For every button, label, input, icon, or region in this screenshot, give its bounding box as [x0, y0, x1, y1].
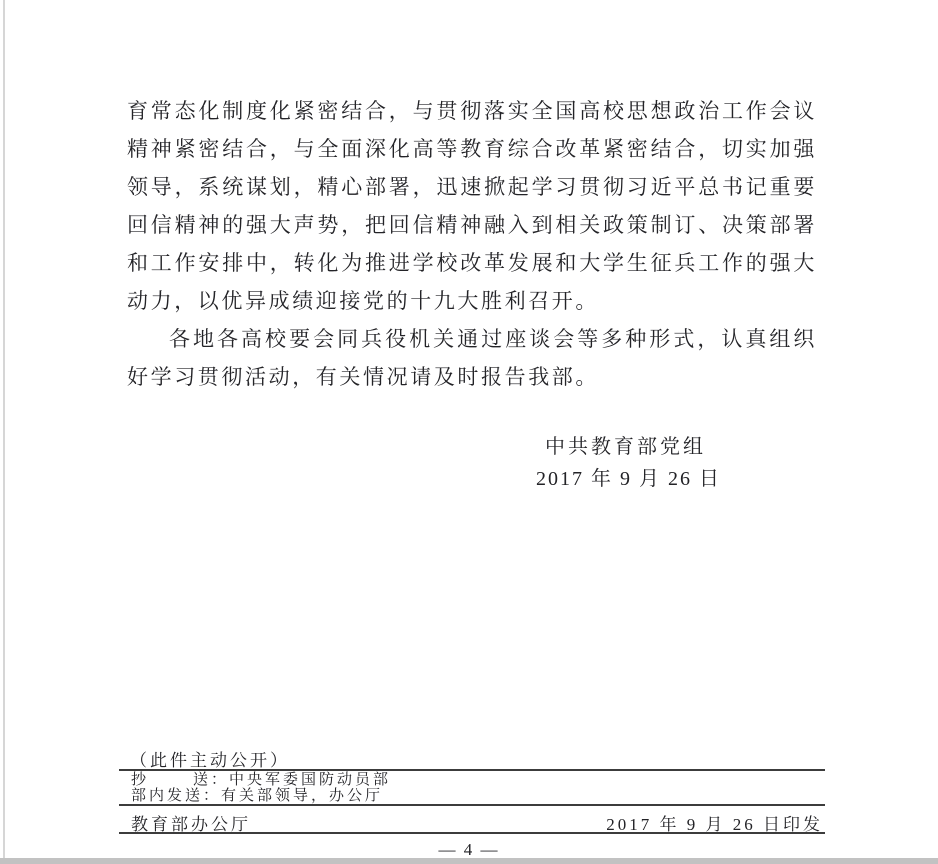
page-number: — 4 — [0, 840, 938, 860]
body-paragraph-continued: 育常态化制度化紧密结合，与贯彻落实全国高校思想政治工作会议精神紧密结合，与全面深… [127, 92, 817, 320]
body-paragraph: 各地各高校要会同兵役机关通过座谈会等多种形式，认真组织好学习贯彻活动，有关情况请… [127, 320, 817, 396]
internal-distribution-line: 部内发送：有关部领导，办公厅 [131, 788, 391, 804]
signature-organization: 中共教育部党组 [545, 430, 706, 459]
cc-label-first: 抄 [131, 772, 149, 788]
document-body: 育常态化制度化紧密结合，与贯彻落实全国高校思想政治工作会议精神紧密结合，与全面深… [127, 92, 817, 396]
page-left-border [3, 0, 5, 864]
footer-divider-middle [119, 804, 825, 806]
signature-date: 2017 年 9 月 26 日 [536, 462, 721, 491]
cc-block: 抄送：中央军委国防动员部 部内发送：有关部领导，办公厅 [131, 772, 391, 804]
cc-label-second: 送： [193, 772, 229, 788]
cc-line: 抄送：中央军委国防动员部 [131, 772, 391, 788]
footer-divider-bottom [119, 832, 825, 834]
cc-value: 中央军委国防动员部 [229, 772, 391, 788]
internal-distribution-value: 有关部领导，办公厅 [221, 788, 383, 804]
disclosure-note: （此件主动公开） [130, 746, 290, 771]
viewer-bottom-strip [0, 858, 938, 864]
scanned-document-page: 育常态化制度化紧密结合，与贯彻落实全国高校思想政治工作会议精神紧密结合，与全面深… [0, 0, 938, 864]
internal-distribution-label: 部内发送： [131, 788, 221, 804]
footer-divider-top [119, 769, 825, 771]
